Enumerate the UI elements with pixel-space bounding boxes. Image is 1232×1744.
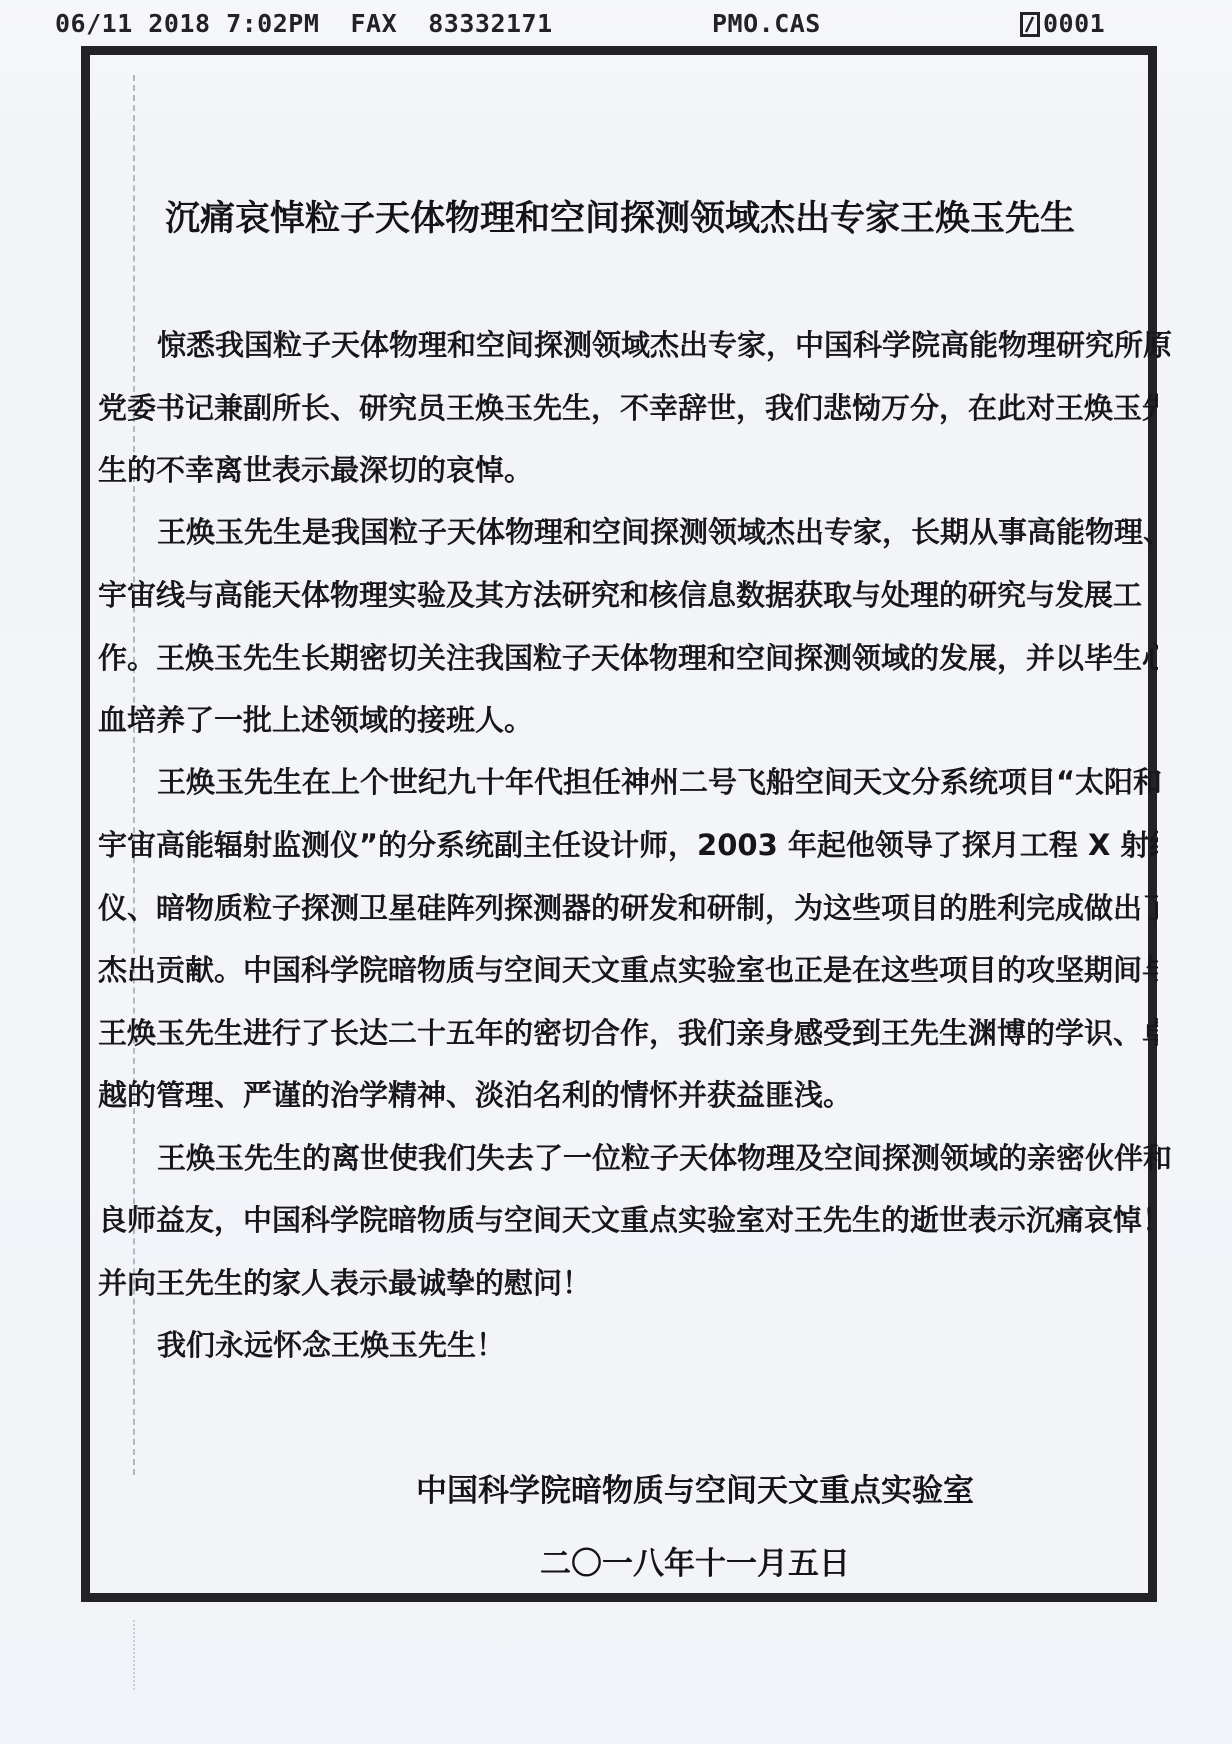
body-line: 党委书记兼副所长、研究员王焕玉先生，不幸辞世，我们悲恸万分，在此对王焕玉先	[98, 391, 1158, 431]
body-line: 越的管理、严谨的治学精神、淡泊名利的情怀并获益匪浅。	[98, 1078, 1158, 1118]
body-line: 王焕玉先生是我国粒子天体物理和空间探测领域杰出专家，长期从事高能物理、	[98, 515, 1217, 555]
body-line: 杰出贡献。中国科学院暗物质与空间天文重点实验室也正是在这些项目的攻坚期间与	[98, 953, 1158, 993]
fax-timestamp-and-number: 06/11 2018 7:02PM FAX 83332171	[55, 9, 553, 38]
body-line: 宇宙高能辐射监测仪”的分系统副主任设计师，2003 年起他领导了探月工程 X 射…	[98, 828, 1158, 868]
body-line: 良师益友，中国科学院暗物质与空间天文重点实验室对王先生的逝世表示沉痛哀悼！	[98, 1203, 1158, 1243]
body-line: 血培养了一批上述领域的接班人。	[98, 703, 1158, 743]
body-line: 王焕玉先生在上个世纪九十年代担任神州二号飞船空间天文分系统项目“太阳和	[98, 765, 1217, 805]
body-line: 仪、暗物质粒子探测卫星硅阵列探测器的研发和研制，为这些项目的胜利完成做出了	[98, 891, 1158, 931]
body-line: 作。王焕玉先生长期密切关注我国粒子天体物理和空间探测领域的发展，并以毕生心	[98, 641, 1158, 681]
fold-crease-line-bottom	[133, 1620, 135, 1690]
fax-label: FAX	[350, 9, 397, 38]
fax-page: { "fax_header": { "timestamp": "06/11 20…	[0, 0, 1232, 1744]
fax-page-number: 0001	[1043, 9, 1105, 38]
letter-title: 沉痛哀悼粒子天体物理和空间探测领域杰出专家王焕玉先生	[92, 191, 1148, 241]
fax-page-counter-group: 0001	[1020, 9, 1105, 38]
body-line: 生的不幸离世表示最深切的哀悼。	[98, 453, 1158, 493]
signature-organization: 中国科学院暗物质与空间天文重点实验室	[240, 1465, 1150, 1510]
body-line: 王焕玉先生进行了长达二十五年的密切合作，我们亲身感受到王先生渊博的学识、卓	[98, 1016, 1158, 1056]
body-line: 我们永远怀念王焕玉先生！	[98, 1328, 1217, 1368]
fax-header: 06/11 2018 7:02PM FAX 83332171 PMO.CAS 0…	[0, 9, 1232, 39]
fax-sender-id: PMO.CAS	[712, 9, 821, 38]
page-icon	[1020, 12, 1040, 37]
body-line: 王焕玉先生的离世使我们失去了一位粒子天体物理及空间探测领域的亲密伙伴和	[98, 1141, 1217, 1181]
body-line: 惊悉我国粒子天体物理和空间探测领域杰出专家，中国科学院高能物理研究所原	[98, 328, 1217, 368]
signature-date: 二〇一八年十一月五日	[240, 1538, 1150, 1583]
fax-number: 83332171	[428, 9, 552, 38]
fax-timestamp: 06/11 2018 7:02PM	[55, 9, 319, 38]
body-line: 并向王先生的家人表示最诚挚的慰问！	[98, 1266, 1158, 1306]
body-line: 宇宙线与高能天体物理实验及其方法研究和核信息数据获取与处理的研究与发展工	[98, 578, 1158, 618]
document-border-frame	[81, 46, 1157, 1602]
